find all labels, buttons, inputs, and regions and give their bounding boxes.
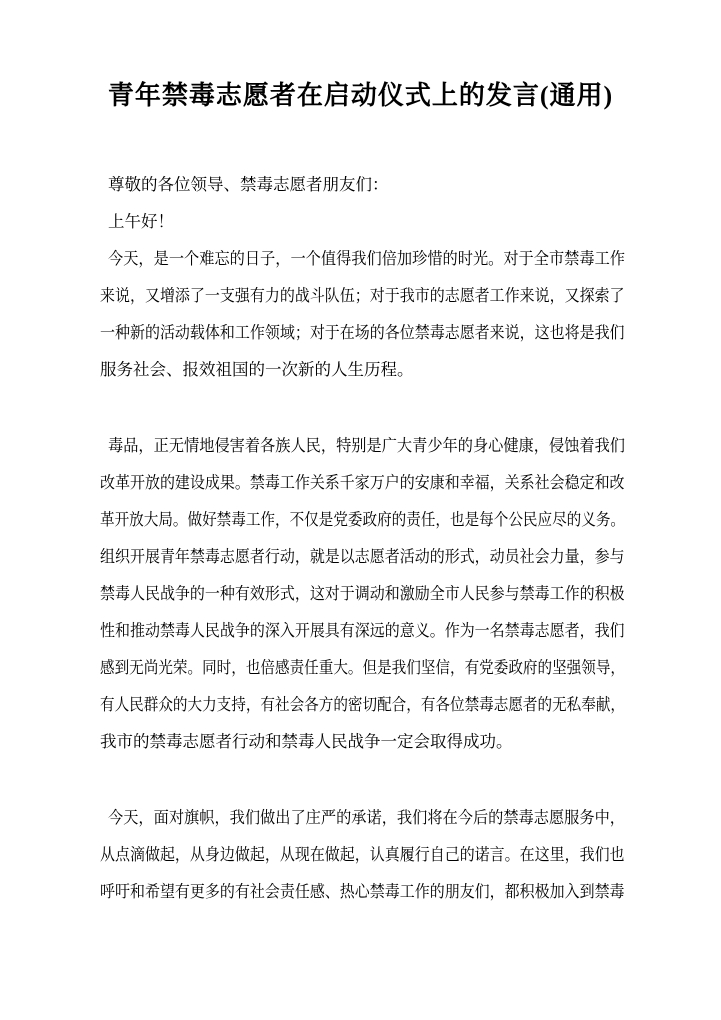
- text-line-content: 有人民群众的大力支持，有社会各方的密切配合，有各位禁毒志愿者的无私奉献，: [100, 686, 625, 723]
- text-line: 性和推动禁毒人民战争的深入开展具有深远的意义。作为一名禁毒志愿者，我们: [100, 612, 625, 649]
- text-line-content: 从点滴做起，从身边做起，从现在做起，认真履行自己的诺言。在这里，我们也: [100, 836, 625, 873]
- text-line-content: 上午好！: [108, 203, 174, 240]
- text-line: 从点滴做起，从身边做起，从现在做起，认真履行自己的诺言。在这里，我们也: [100, 836, 625, 873]
- text-line-content: 组织开展青年禁毒志愿者行动，就是以志愿者活动的形式，动员社会力量，参与: [100, 538, 625, 575]
- text-line-content: 毒品，正无情地侵害着各族人民，特别是广大青少年的身心健康，侵蚀着我们: [108, 427, 625, 464]
- text-line: 服务社会、报效祖国的一次新的人生历程。: [100, 351, 625, 388]
- text-line: 我市的禁毒志愿者行动和禁毒人民战争一定会取得成功。: [100, 723, 625, 760]
- text-line: 感到无尚光荣。同时，也倍感责任重大。但是我们坚信，有党委政府的坚强领导，: [100, 649, 625, 686]
- text-line: 毒品，正无情地侵害着各族人民，特别是广大青少年的身心健康，侵蚀着我们: [100, 427, 625, 464]
- text-line: 革开放大局。做好禁毒工作，不仅是党委政府的责任，也是每个公民应尽的义务。: [100, 501, 625, 538]
- text-line: 禁毒人民战争的一种有效形式，这对于调动和激励全市人民参与禁毒工作的积极: [100, 575, 625, 612]
- text-line: 来说，又增添了一支强有力的战斗队伍；对于我市的志愿者工作来说，又探索了: [100, 277, 625, 314]
- text-line-content: 性和推动禁毒人民战争的深入开展具有深远的意义。作为一名禁毒志愿者，我们: [100, 612, 625, 649]
- paragraph: 今天，面对旗帜，我们做出了庄严的承诺，我们将在今后的禁毒志愿服务中，从点滴做起，…: [100, 799, 625, 910]
- document-title: 青年禁毒志愿者在启动仪式上的发言(通用): [0, 74, 721, 118]
- text-line-content: 一种新的活动载体和工作领域；对于在场的各位禁毒志愿者来说，这也将是我们: [100, 314, 625, 351]
- paragraph: 上午好！: [100, 203, 625, 240]
- document-page: 青年禁毒志愿者在启动仪式上的发言(通用) 尊敬的各位领导、禁毒志愿者朋友们：上午…: [0, 0, 721, 1020]
- text-line-content: 感到无尚光荣。同时，也倍感责任重大。但是我们坚信，有党委政府的坚强领导，: [100, 649, 625, 686]
- text-line-content: 服务社会、报效祖国的一次新的人生历程。: [100, 351, 414, 388]
- text-line-content: 呼吁和希望有更多的有社会责任感、热心禁毒工作的朋友们，都积极加入到禁毒: [100, 873, 625, 910]
- text-line-content: 禁毒人民战争的一种有效形式，这对于调动和激励全市人民参与禁毒工作的积极: [100, 575, 625, 612]
- text-line: 今天，是一个难忘的日子，一个值得我们倍加珍惜的时光。对于全市禁毒工作: [100, 240, 625, 277]
- text-line-content: 今天，是一个难忘的日子，一个值得我们倍加珍惜的时光。对于全市禁毒工作: [108, 240, 625, 277]
- text-line-content: 尊敬的各位领导、禁毒志愿者朋友们：: [108, 166, 389, 203]
- text-line: 一种新的活动载体和工作领域；对于在场的各位禁毒志愿者来说，这也将是我们: [100, 314, 625, 351]
- text-line: 尊敬的各位领导、禁毒志愿者朋友们：: [100, 166, 625, 203]
- paragraph: 今天，是一个难忘的日子，一个值得我们倍加珍惜的时光。对于全市禁毒工作来说，又增添…: [100, 240, 625, 388]
- text-line: 上午好！: [100, 203, 625, 240]
- text-line: 组织开展青年禁毒志愿者行动，就是以志愿者活动的形式，动员社会力量，参与: [100, 538, 625, 575]
- document-body: 尊敬的各位领导、禁毒志愿者朋友们：上午好！今天，是一个难忘的日子，一个值得我们倍…: [100, 166, 625, 910]
- paragraph: 毒品，正无情地侵害着各族人民，特别是广大青少年的身心健康，侵蚀着我们改革开放的建…: [100, 427, 625, 760]
- text-line-content: 改革开放的建设成果。禁毒工作关系千家万户的安康和幸福，关系社会稳定和改: [100, 464, 625, 501]
- paragraph: 尊敬的各位领导、禁毒志愿者朋友们：: [100, 166, 625, 203]
- text-line-content: 我市的禁毒志愿者行动和禁毒人民战争一定会取得成功。: [100, 723, 513, 760]
- text-line: 今天，面对旗帜，我们做出了庄严的承诺，我们将在今后的禁毒志愿服务中，: [100, 799, 625, 836]
- text-line: 有人民群众的大力支持，有社会各方的密切配合，有各位禁毒志愿者的无私奉献，: [100, 686, 625, 723]
- text-line-content: 来说，又增添了一支强有力的战斗队伍；对于我市的志愿者工作来说，又探索了: [100, 277, 625, 314]
- text-line-content: 革开放大局。做好禁毒工作，不仅是党委政府的责任，也是每个公民应尽的义务。: [100, 501, 625, 538]
- text-line: 呼吁和希望有更多的有社会责任感、热心禁毒工作的朋友们，都积极加入到禁毒: [100, 873, 625, 910]
- text-line-content: 今天，面对旗帜，我们做出了庄严的承诺，我们将在今后的禁毒志愿服务中，: [108, 799, 625, 836]
- text-line: 改革开放的建设成果。禁毒工作关系千家万户的安康和幸福，关系社会稳定和改: [100, 464, 625, 501]
